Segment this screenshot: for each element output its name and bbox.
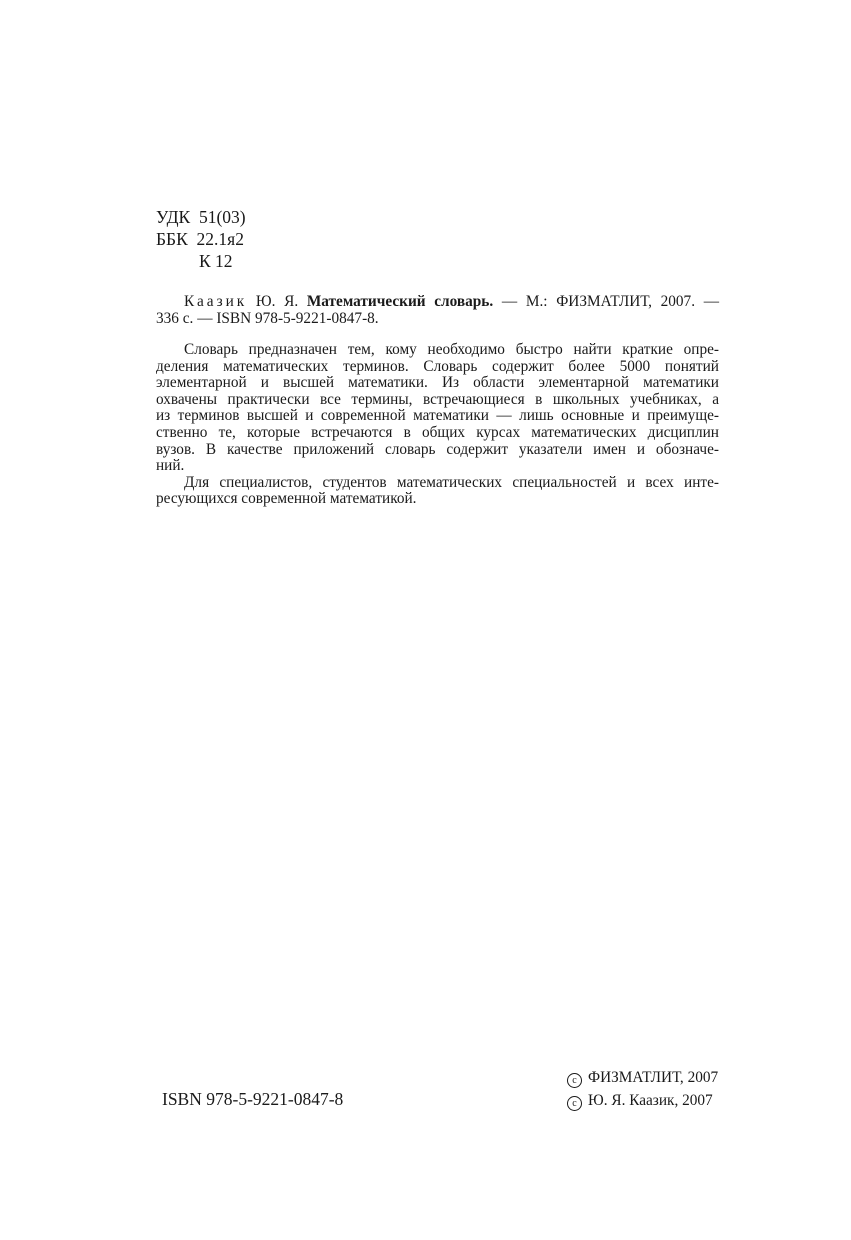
isbn: ISBN 978-5-9221-0847-8 [162,1089,343,1110]
author-initials: Ю. Я. [256,293,298,310]
abstract-line: охвачены практически все термины, встреч… [156,392,719,409]
copyright-publisher: cФИЗМАТЛИТ, 2007 [567,1066,718,1089]
udk-label: УДК [156,207,190,227]
audience-line: Для специалистов, студентов математическ… [156,475,719,492]
classification-codes: УДК 51(03) ББК 22.1я2 К 12 [156,206,246,272]
bbk-value: 22.1я2 [197,229,244,249]
abstract-line: деления математических терминов. Словарь… [156,359,719,376]
copyright-block: cФИЗМАТЛИТ, 2007 cЮ. Я. Каазик, 2007 [567,1066,718,1112]
copyright-icon: c [567,1073,582,1088]
biblio-line-1: Каазик Ю. Я. Математический словарь. — М… [156,293,719,310]
copyright-author: cЮ. Я. Каазик, 2007 [567,1089,718,1112]
copyright-text: Ю. Я. Каазик, 2007 [588,1092,713,1109]
bibliographic-record: Каазик Ю. Я. Математический словарь. — М… [156,293,719,327]
book-title: Математический словарь. [307,293,493,310]
copyright-icon: c [567,1096,582,1111]
publisher-info: — М.: ФИЗМАТЛИТ, 2007. — [502,293,719,310]
bbk-label: ББК [156,229,188,249]
author-sign: К 12 [156,250,246,272]
abstract-line: ственно те, которые встречаются в общих … [156,425,719,442]
udk-value: 51(03) [199,207,246,227]
abstract-line: элементарной и высшей математики. Из обл… [156,375,719,392]
biblio-line-2: 336 с. — ISBN 978-5-9221-0847-8. [156,310,719,327]
abstract-line: из терминов высшей и современной математ… [156,408,719,425]
udk-code: УДК 51(03) [156,206,246,228]
abstract-line: Словарь предназначен тем, кому необходим… [156,342,719,359]
abstract-line: вузов. В качестве приложений словарь сод… [156,442,719,459]
bbk-code: ББК 22.1я2 [156,228,246,250]
author-surname: Каазик [184,293,247,310]
book-imprint-page: УДК 51(03) ББК 22.1я2 К 12 Каазик Ю. Я. … [0,0,851,1240]
abstract: Словарь предназначен тем, кому необходим… [156,342,719,508]
audience-line: ресующихся современной математикой. [156,491,719,508]
abstract-line: ний. [156,458,719,475]
copyright-text: ФИЗМАТЛИТ, 2007 [588,1069,718,1086]
